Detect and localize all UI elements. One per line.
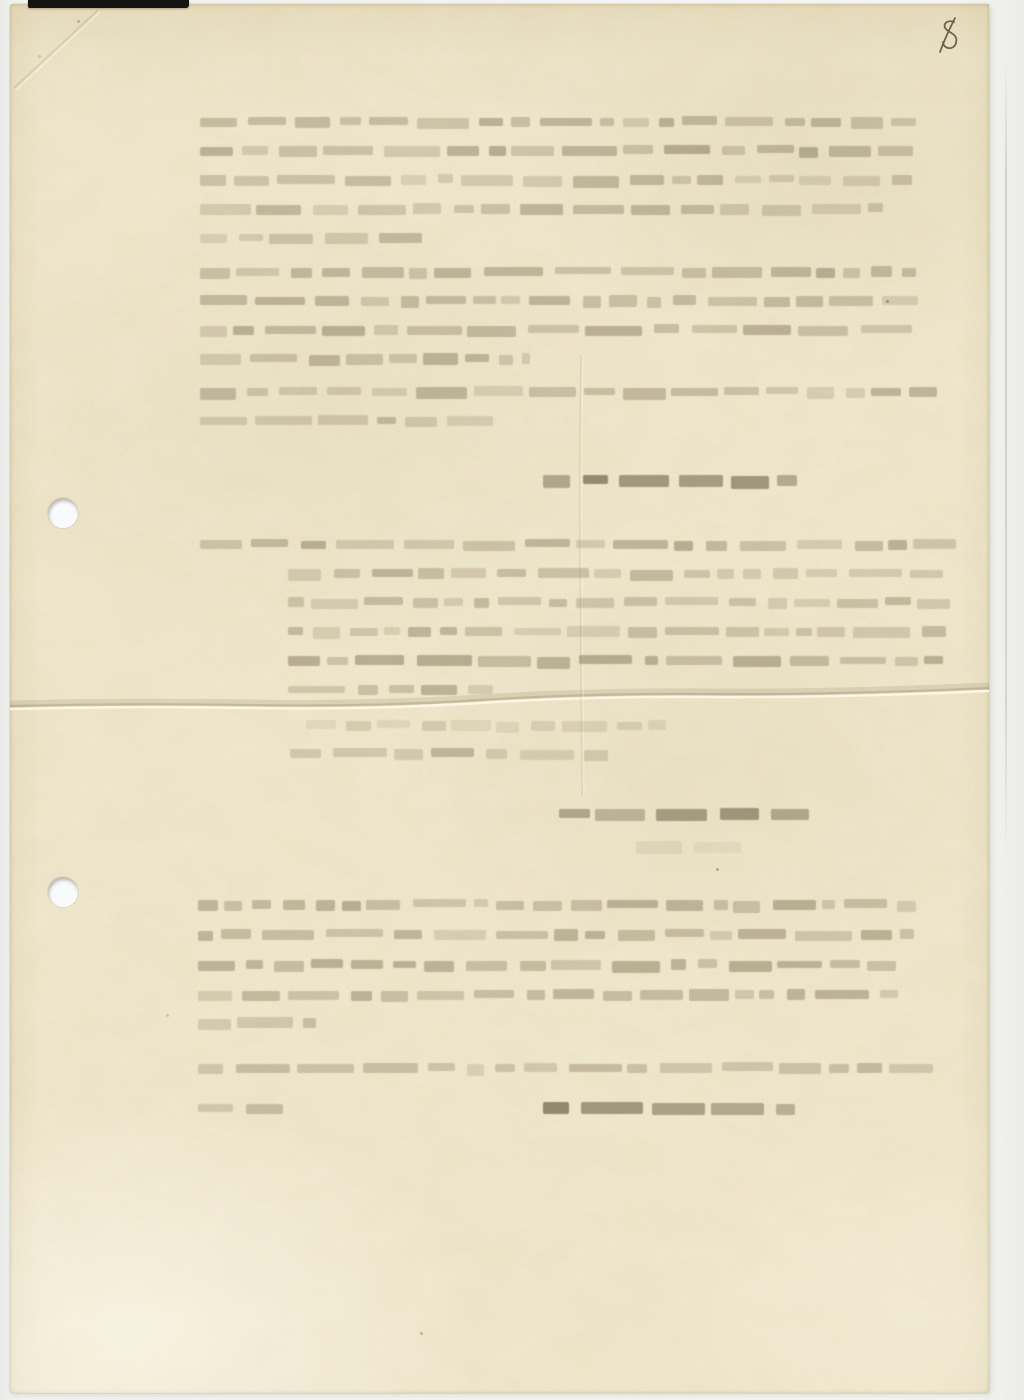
ink-speck (420, 1332, 423, 1335)
ink-speck (716, 868, 719, 871)
ink-speck (38, 55, 41, 58)
second-sheet-edge (1005, 60, 1007, 860)
typed-text-layer (10, 4, 989, 1393)
word-smudge (543, 1102, 569, 1114)
word-smudge (652, 1103, 705, 1115)
scanned-document: 8 (0, 0, 1024, 1400)
ink-speck (886, 300, 889, 303)
closing-signature (10, 4, 989, 1393)
signature-line (543, 1102, 795, 1117)
word-smudge (776, 1104, 795, 1115)
punch-hole (48, 877, 78, 907)
word-smudge (581, 1102, 642, 1114)
scan-top-edge-strip (28, 0, 189, 8)
document-page: 8 (10, 4, 989, 1393)
ink-speck (77, 20, 80, 23)
punch-hole (48, 498, 78, 528)
handwritten-page-number: 8 (930, 12, 974, 64)
word-smudge (711, 1103, 764, 1115)
ink-speck (166, 1014, 169, 1017)
